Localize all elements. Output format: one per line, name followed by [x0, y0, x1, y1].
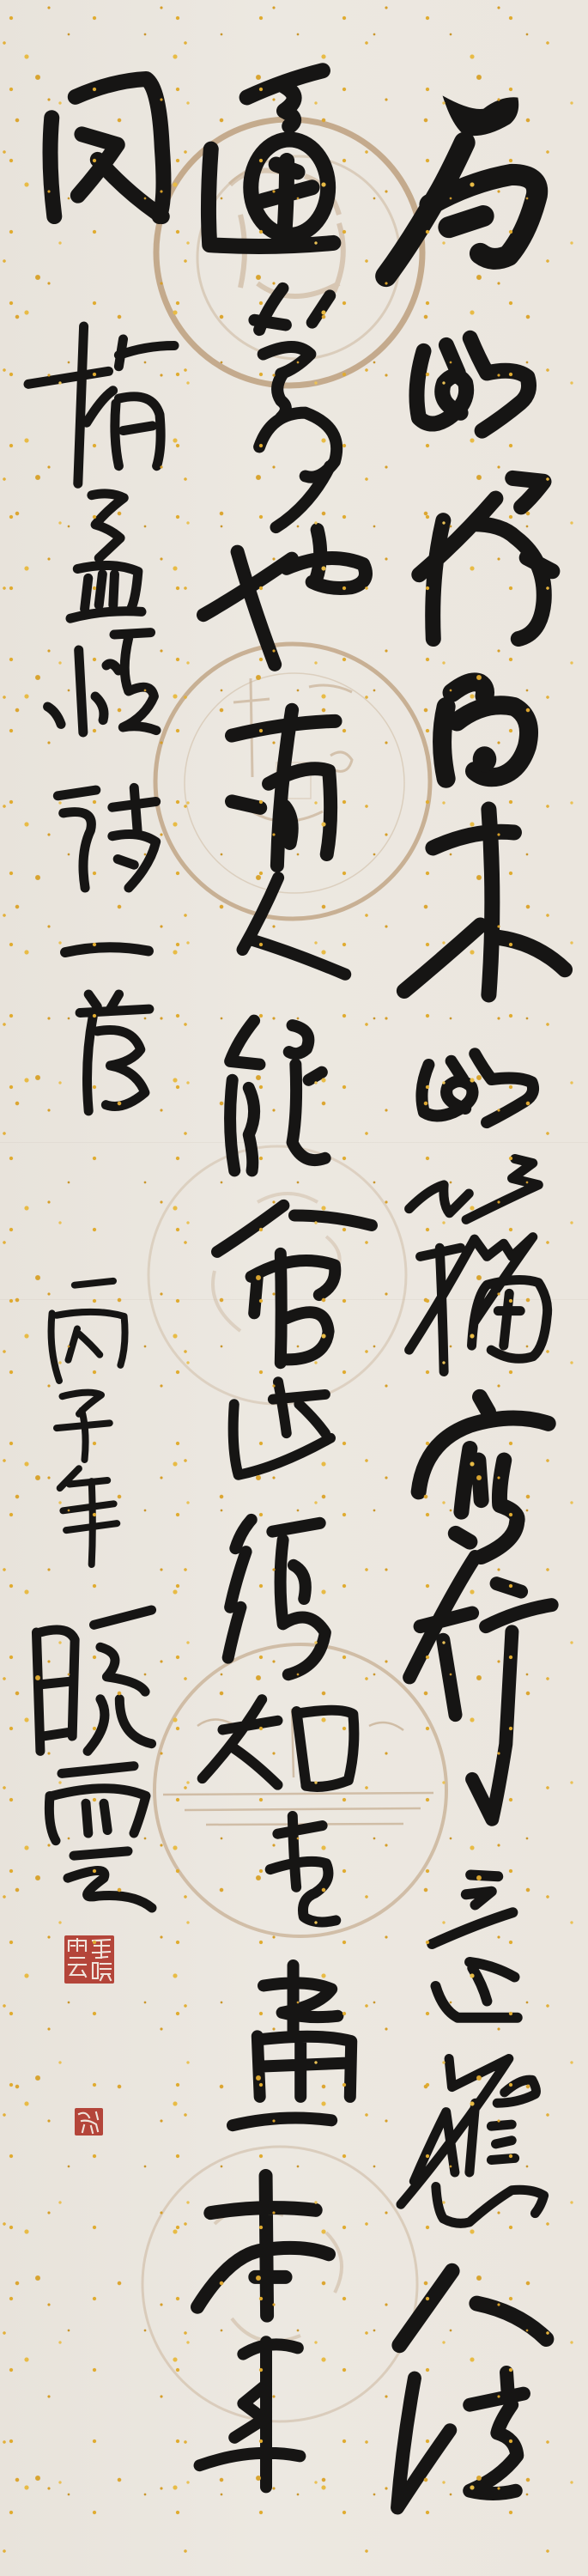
char-strokes	[419, 478, 552, 639]
char-xu: 須	[228, 1520, 325, 1674]
char-shi: 石	[386, 95, 537, 276]
char-ren: 人	[243, 878, 346, 975]
char-strokes	[60, 1468, 118, 1564]
char-zhi: 知	[203, 1699, 355, 1787]
char-shu: 書	[270, 1816, 336, 1922]
char-strokes	[203, 530, 366, 665]
char-strokes	[399, 2271, 546, 2345]
char-fa: 法	[397, 2372, 524, 2507]
char-strokes	[432, 1875, 518, 2018]
char-strokes	[404, 810, 565, 995]
char-strokes	[416, 338, 529, 431]
char-strokes	[421, 1054, 533, 1122]
char-strokes	[36, 1610, 151, 1751]
char-ru-2: 如	[421, 1054, 533, 1122]
char-strokes	[49, 1766, 152, 1908]
char-ru-1: 如	[416, 338, 529, 431]
char-strokes	[58, 787, 155, 888]
char-xie: 寫	[419, 1397, 549, 1557]
char-hua: 畫	[233, 1965, 351, 2125]
char-yun: 雲	[49, 1766, 152, 1908]
char-lai: 來	[200, 2342, 300, 2487]
seal-body	[64, 1935, 114, 1984]
char-strokes	[243, 878, 346, 975]
char-huan: 還	[432, 1875, 518, 2018]
char-fei: 飛	[419, 478, 552, 639]
char-strokes	[419, 1397, 549, 1557]
pictorial-seal	[75, 2108, 103, 2136]
char-strokes	[57, 1393, 110, 1460]
char-strokes	[228, 1520, 325, 1674]
char-tong: 通	[209, 70, 333, 246]
char-strokes	[409, 1557, 552, 1820]
char-strokes	[28, 326, 174, 483]
char-mu: 木	[404, 810, 565, 995]
char-shou: 首	[80, 994, 149, 1111]
inscription-column: 趙 孟 頫 詩 一 首	[28, 326, 174, 1111]
char-strokes	[70, 494, 142, 618]
char-zi: 子	[57, 1393, 110, 1460]
char-yi: 一	[65, 947, 149, 952]
char-fu: 頫	[48, 633, 156, 732]
char-strokes	[197, 2176, 329, 2316]
char-you: 有	[232, 710, 336, 866]
char-strokes	[80, 994, 149, 1111]
char-ying: 應	[401, 2058, 544, 2223]
char-ben: 本	[197, 2176, 329, 2316]
char-bing: 丙	[52, 1281, 125, 1381]
char-ba: 八	[399, 2271, 546, 2345]
signature-column: 丙 子 年 曉 雲	[36, 1281, 152, 1908]
char-strokes	[233, 1965, 351, 2125]
name-seal: 孫曉雲	[64, 1935, 114, 1984]
char-strokes	[254, 289, 336, 527]
char-shi-poem: 詩	[58, 787, 155, 888]
char-hui: 會	[217, 1206, 372, 1363]
char-strokes	[409, 1159, 548, 1372]
char-strokes	[217, 1206, 372, 1363]
char-strokes	[209, 70, 333, 246]
char-strokes	[48, 633, 156, 732]
char-strokes	[65, 947, 149, 952]
ink-layer: 石 如 飛 白 木 如	[0, 0, 588, 2576]
char-zhu: 竹	[409, 1557, 552, 1820]
char-strokes	[232, 710, 336, 866]
char-neng: 能	[230, 1021, 325, 1171]
char-strokes	[200, 2342, 300, 2487]
poem-column-3: 同	[51, 79, 164, 216]
calligraphy-scroll: 石 如 飛 白 木 如	[0, 0, 588, 2576]
poem-column-1: 石 如 飛 白 木 如	[386, 95, 565, 2507]
poem-column-2: 通 若 也 有 人 能 會	[197, 70, 372, 2487]
char-strokes	[270, 1816, 336, 1922]
char-ye: 也	[203, 530, 366, 665]
char-strokes	[386, 143, 537, 276]
char-strokes	[203, 1699, 355, 1787]
char-tong-same: 同	[51, 79, 164, 216]
char-meng: 孟	[70, 494, 142, 618]
char-stroke-fill	[473, 746, 497, 772]
char-strokes	[52, 1281, 125, 1381]
char-strokes	[233, 1382, 330, 1474]
char-strokes	[401, 2058, 544, 2223]
char-ci: 此	[233, 1382, 330, 1474]
char-xiao: 曉	[36, 1610, 151, 1751]
char-zhao: 趙	[28, 326, 174, 483]
char-strokes	[230, 1021, 325, 1171]
char-zhou: 籀	[409, 1159, 548, 1372]
char-ruo: 若	[254, 289, 336, 527]
char-bai: 白	[442, 682, 529, 778]
char-nian: 年	[60, 1468, 118, 1564]
char-stroke-fill	[443, 95, 519, 136]
char-strokes	[397, 2372, 524, 2507]
char-strokes	[51, 79, 164, 216]
